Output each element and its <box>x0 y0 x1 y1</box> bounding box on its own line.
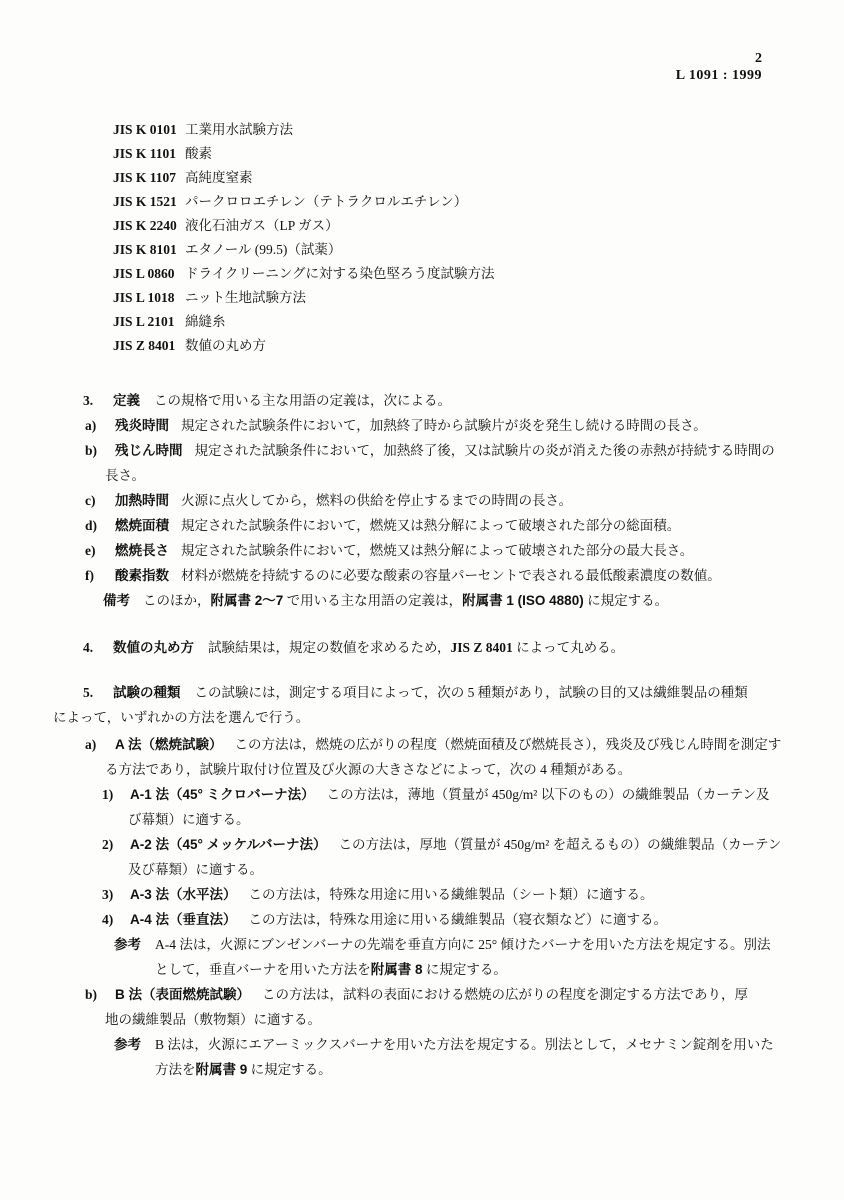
annex-reference: 附属書 8 <box>371 962 423 977</box>
reference-code: JIS Z 8401 <box>113 334 185 358</box>
reference-title: 高純度窒素 <box>185 170 253 185</box>
reference-code: JIS K 1107 <box>113 166 185 190</box>
reference-code: JIS L 1018 <box>113 286 185 310</box>
clause-number: 5. <box>83 680 113 705</box>
definition-item: b)残じん時間規定された試験条件において，加熱終了後，又は試験片の炎が消えた後の… <box>53 438 782 488</box>
subitem-label: 2) <box>102 832 130 857</box>
page-number: 2 <box>53 50 762 67</box>
reference-row: JIS K 1107高純度窒素 <box>113 166 782 190</box>
definition-item: a)残炎時間規定された試験条件において，加熱終了時から試験片が炎を発生し続ける時… <box>53 413 782 438</box>
method-subitem: 4)A-4 法（垂直法）この方法は，特殊な用途に用いる繊維製品（寝衣類など）に適… <box>53 907 782 932</box>
item-label: a) <box>85 732 115 757</box>
subitem-term: A-1 法（45° ミクロバーナ法） <box>130 787 315 802</box>
item-term: 残じん時間 <box>115 443 183 458</box>
method-subitem: 3)A-3 法（水平法）この方法は，特殊な用途に用いる繊維製品（シート類）に適す… <box>53 882 782 907</box>
reference-code: JIS K 1101 <box>113 142 185 166</box>
note-label: 参考 <box>114 932 155 957</box>
method-subitem: 2)A-2 法（45° メッケルバーナ法）この方法は，厚地（質量が 450g/m… <box>53 832 782 882</box>
subitem-term: A-4 法（垂直法） <box>130 912 237 927</box>
clause-title: 試験の種類 <box>113 685 181 700</box>
reference-code: JIS K 1521 <box>113 190 185 214</box>
reference-row: JIS Z 8401数値の丸め方 <box>113 334 782 358</box>
clause-3-heading: 3.定義この規格で用いる主な用語の定義は，次による。 <box>53 388 782 413</box>
item-term: B 法（表面燃焼試験） <box>115 987 250 1002</box>
reference-list: JIS K 0101工業用水試験方法 JIS K 1101酸素 JIS K 11… <box>113 118 782 358</box>
note-text: で用いる主な用語の定義は， <box>283 593 462 608</box>
subitem-text: この方法は，特殊な用途に用いる繊維製品（シート類）に適する。 <box>249 887 654 902</box>
note-text: に規定する。 <box>247 1062 331 1077</box>
item-term: 酸素指数 <box>115 568 169 583</box>
item-label: d) <box>85 513 115 538</box>
clause-text: によって丸める。 <box>513 640 624 655</box>
reference-code: JIS K 2240 <box>113 214 185 238</box>
reference-code: JIS K 0101 <box>113 118 185 142</box>
reference-title: ニット生地試験方法 <box>185 290 306 305</box>
item-text: 規定された試験条件において，加熱終了時から試験片が炎を発生し続ける時間の長さ。 <box>181 418 707 433</box>
annex-reference: 附属書 1 (ISO 4880) <box>462 593 584 608</box>
reference-code: JIS L 0860 <box>113 262 185 286</box>
clause-number: 3. <box>83 388 113 413</box>
item-text: 材料が燃焼を持続するのに必要な酸素の容量パーセントで表される最低酸素濃度の数値。 <box>181 568 721 583</box>
item-label: e) <box>85 538 115 563</box>
definition-item: f)酸素指数材料が燃焼を持続するのに必要な酸素の容量パーセントで表される最低酸素… <box>53 563 782 588</box>
subitem-term: A-2 法（45° メッケルバーナ法） <box>130 837 327 852</box>
clause-5-heading: 5.試験の種類この試験には，測定する項目によって，次の 5 種類があり，試験の目… <box>53 680 782 730</box>
reference-row: JIS K 1521パークロロエチレン（テトラクロルエチレン） <box>113 190 782 214</box>
subitem-term: A-3 法（水平法） <box>130 887 237 902</box>
reference-title: 数値の丸め方 <box>185 338 266 353</box>
clause-4-heading: 4.数値の丸め方試験結果は，規定の数値を求めるため，JIS Z 8401 によっ… <box>53 635 782 660</box>
annex-reference: 附属書 2～7 <box>211 593 284 608</box>
subitem-label: 3) <box>102 882 130 907</box>
clause-title: 数値の丸め方 <box>113 640 194 655</box>
reference-note: 参考A-4 法は，火源にブンゼンバーナの先端を垂直方向に 25° 傾けたバーナを… <box>53 932 782 982</box>
reference-code: JIS L 2101 <box>113 310 185 334</box>
item-label: c) <box>85 488 115 513</box>
reference-title: 綿縫糸 <box>185 314 226 329</box>
method-item-b: b)B 法（表面燃焼試験）この方法は，試料の表面における燃焼の広がりの程度を測定… <box>53 982 782 1032</box>
item-label: a) <box>85 413 115 438</box>
note-text: このほか， <box>143 593 211 608</box>
reference-title: エタノール (99.5)（試薬） <box>185 242 341 257</box>
note-text: に規定する。 <box>423 962 507 977</box>
method-subitem: 1)A-1 法（45° ミクロバーナ法）この方法は，薄地（質量が 450g/m²… <box>53 782 782 832</box>
reference-title: ドライクリーニングに対する染色堅ろう度試験方法 <box>185 266 495 281</box>
item-text: 規定された試験条件において，燃焼又は熱分解によって破壊された部分の最大長さ。 <box>181 543 693 558</box>
definition-item: c)加熱時間火源に点火してから，燃料の供給を停止するまでの時間の長さ。 <box>53 488 782 513</box>
reference-title: 酸素 <box>185 146 212 161</box>
note-label: 参考 <box>114 1032 155 1057</box>
reference-note: 参考B 法は，火源にエアーミックスバーナを用いた方法を規定する。別法として，メセ… <box>53 1032 782 1082</box>
clause-text: 試験結果は，規定の数値を求めるため， <box>208 640 450 655</box>
reference-row: JIS K 8101エタノール (99.5)（試薬） <box>113 238 782 262</box>
item-label: f) <box>85 563 115 588</box>
definition-item: d)燃焼面積規定された試験条件において，燃焼又は熱分解によって破壊された部分の総… <box>53 513 782 538</box>
item-term: 加熱時間 <box>115 493 169 508</box>
subitem-text: この方法は，特殊な用途に用いる繊維製品（寝衣類など）に適する。 <box>249 912 668 927</box>
definition-item: e)燃焼長さ規定された試験条件において，燃焼又は熱分解によって破壊された部分の最… <box>53 538 782 563</box>
clause-intro: この規格で用いる主な用語の定義は，次による。 <box>154 393 451 408</box>
item-term: 燃焼長さ <box>115 543 169 558</box>
item-text: 規定された試験条件において，燃焼又は熱分解によって破壊された部分の総面積。 <box>181 518 680 533</box>
item-label: b) <box>85 982 115 1007</box>
annex-reference: 附属書 9 <box>196 1062 248 1077</box>
page-header: 2 L 1091 : 1999 <box>53 50 762 84</box>
reference-row: JIS L 2101綿縫糸 <box>113 310 782 334</box>
clause-title: 定義 <box>113 393 140 408</box>
reference-row: JIS K 1101酸素 <box>113 142 782 166</box>
reference-code: JIS K 8101 <box>113 238 185 262</box>
note-label: 備考 <box>103 588 143 613</box>
remark-note: 備考このほか，附属書 2～7 で用いる主な用語の定義は，附属書 1 (ISO 4… <box>53 588 782 613</box>
item-text: 規定された試験条件において，加熱終了後，又は試験片の炎が消えた後の赤熱が持続する… <box>105 443 775 483</box>
reference-title: パークロロエチレン（テトラクロルエチレン） <box>185 194 467 209</box>
note-text: に規定する。 <box>584 593 668 608</box>
reference-title: 工業用水試験方法 <box>185 122 293 137</box>
item-text: 火源に点火してから，燃料の供給を停止するまでの時間の長さ。 <box>181 493 572 508</box>
reference-row: JIS K 0101工業用水試験方法 <box>113 118 782 142</box>
standard-number: L 1091 : 1999 <box>53 67 762 84</box>
item-label: b) <box>85 438 115 463</box>
standard-reference: JIS Z 8401 <box>450 640 512 655</box>
document-page: 2 L 1091 : 1999 JIS K 0101工業用水試験方法 JIS K… <box>0 0 844 1200</box>
reference-row: JIS L 0860ドライクリーニングに対する染色堅ろう度試験方法 <box>113 262 782 286</box>
item-term: A 法（燃焼試験） <box>115 737 223 752</box>
method-item-a: a)A 法（燃焼試験）この方法は，燃焼の広がりの程度（燃焼面積及び燃焼長さ），残… <box>53 732 782 782</box>
reference-title: 液化石油ガス（LP ガス） <box>185 218 339 233</box>
clause-number: 4. <box>83 635 113 660</box>
reference-row: JIS K 2240液化石油ガス（LP ガス） <box>113 214 782 238</box>
item-term: 燃焼面積 <box>115 518 169 533</box>
subitem-label: 1) <box>102 782 130 807</box>
item-term: 残炎時間 <box>115 418 169 433</box>
reference-row: JIS L 1018ニット生地試験方法 <box>113 286 782 310</box>
subitem-label: 4) <box>102 907 130 932</box>
